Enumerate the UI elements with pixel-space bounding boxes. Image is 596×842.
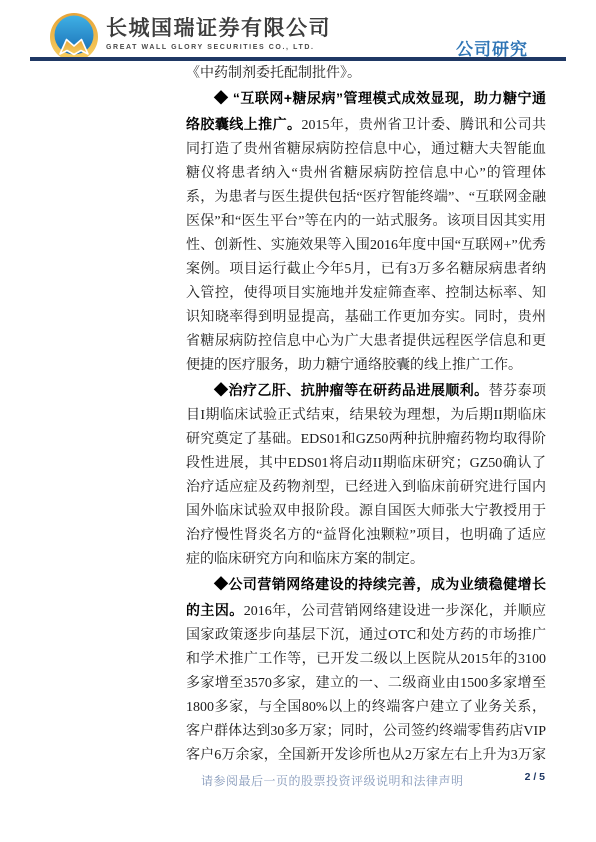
report-body: 《中药制剂委托配制批件》。 ◆ “互联网+糖尿病”管理模式成效显现，助力糖宁通络… [186,62,546,766]
paragraph-internet-diabetes: ◆ “互联网+糖尿病”管理模式成效显现，助力糖宁通络胶囊线上推广。2015年，贵… [186,86,546,378]
brand-block: 长城国瑞证券有限公司 GREAT WALL GLORY SECURITIES C… [106,17,331,51]
paragraph-continuation: 《中药制剂委托配制批件》。 [186,62,546,86]
header-divider [30,57,566,61]
paragraph-text: 2015年，贵州省卫计委、腾讯和公司共同打造了贵州省糖尿病防控信息中心，通过糖大… [186,118,546,373]
paragraph-drug-pipeline: ◆治疗乙肝、抗肿瘤等在研药品进展顺利。替芬泰项目I期临床试验正式结束，结果较为理… [186,378,546,572]
page-number: 2 / 5 [525,771,545,783]
company-logo-icon [50,13,98,61]
paragraph-marketing-network: ◆公司营销网络建设的持续完善，成为业绩稳健增长的主因。2016年，公司营销网络建… [186,572,546,766]
paragraph-text: 替芬泰项目I期临床试验正式结束，结果较为理想，为后期II期临床研究奠定了基础。E… [186,384,546,567]
paragraph-text: 2016年，公司营销网络建设进一步深化，并顺应国家政策逐步向基层下沉，通过OTC… [186,604,546,766]
footer-disclaimer: 请参阅最后一页的股票投资评级说明和法律声明 [201,772,464,789]
paragraph-text: 《中药制剂委托配制批件》。 [186,66,361,81]
company-name: 长城国瑞证券有限公司 [106,17,331,41]
paragraph-lead: ◆治疗乙肝、抗肿瘤等在研药品进展顺利。 [214,382,489,398]
report-page: 长城国瑞证券有限公司 GREAT WALL GLORY SECURITIES C… [0,0,596,842]
company-name-en: GREAT WALL GLORY SECURITIES CO., LTD. [106,44,331,51]
